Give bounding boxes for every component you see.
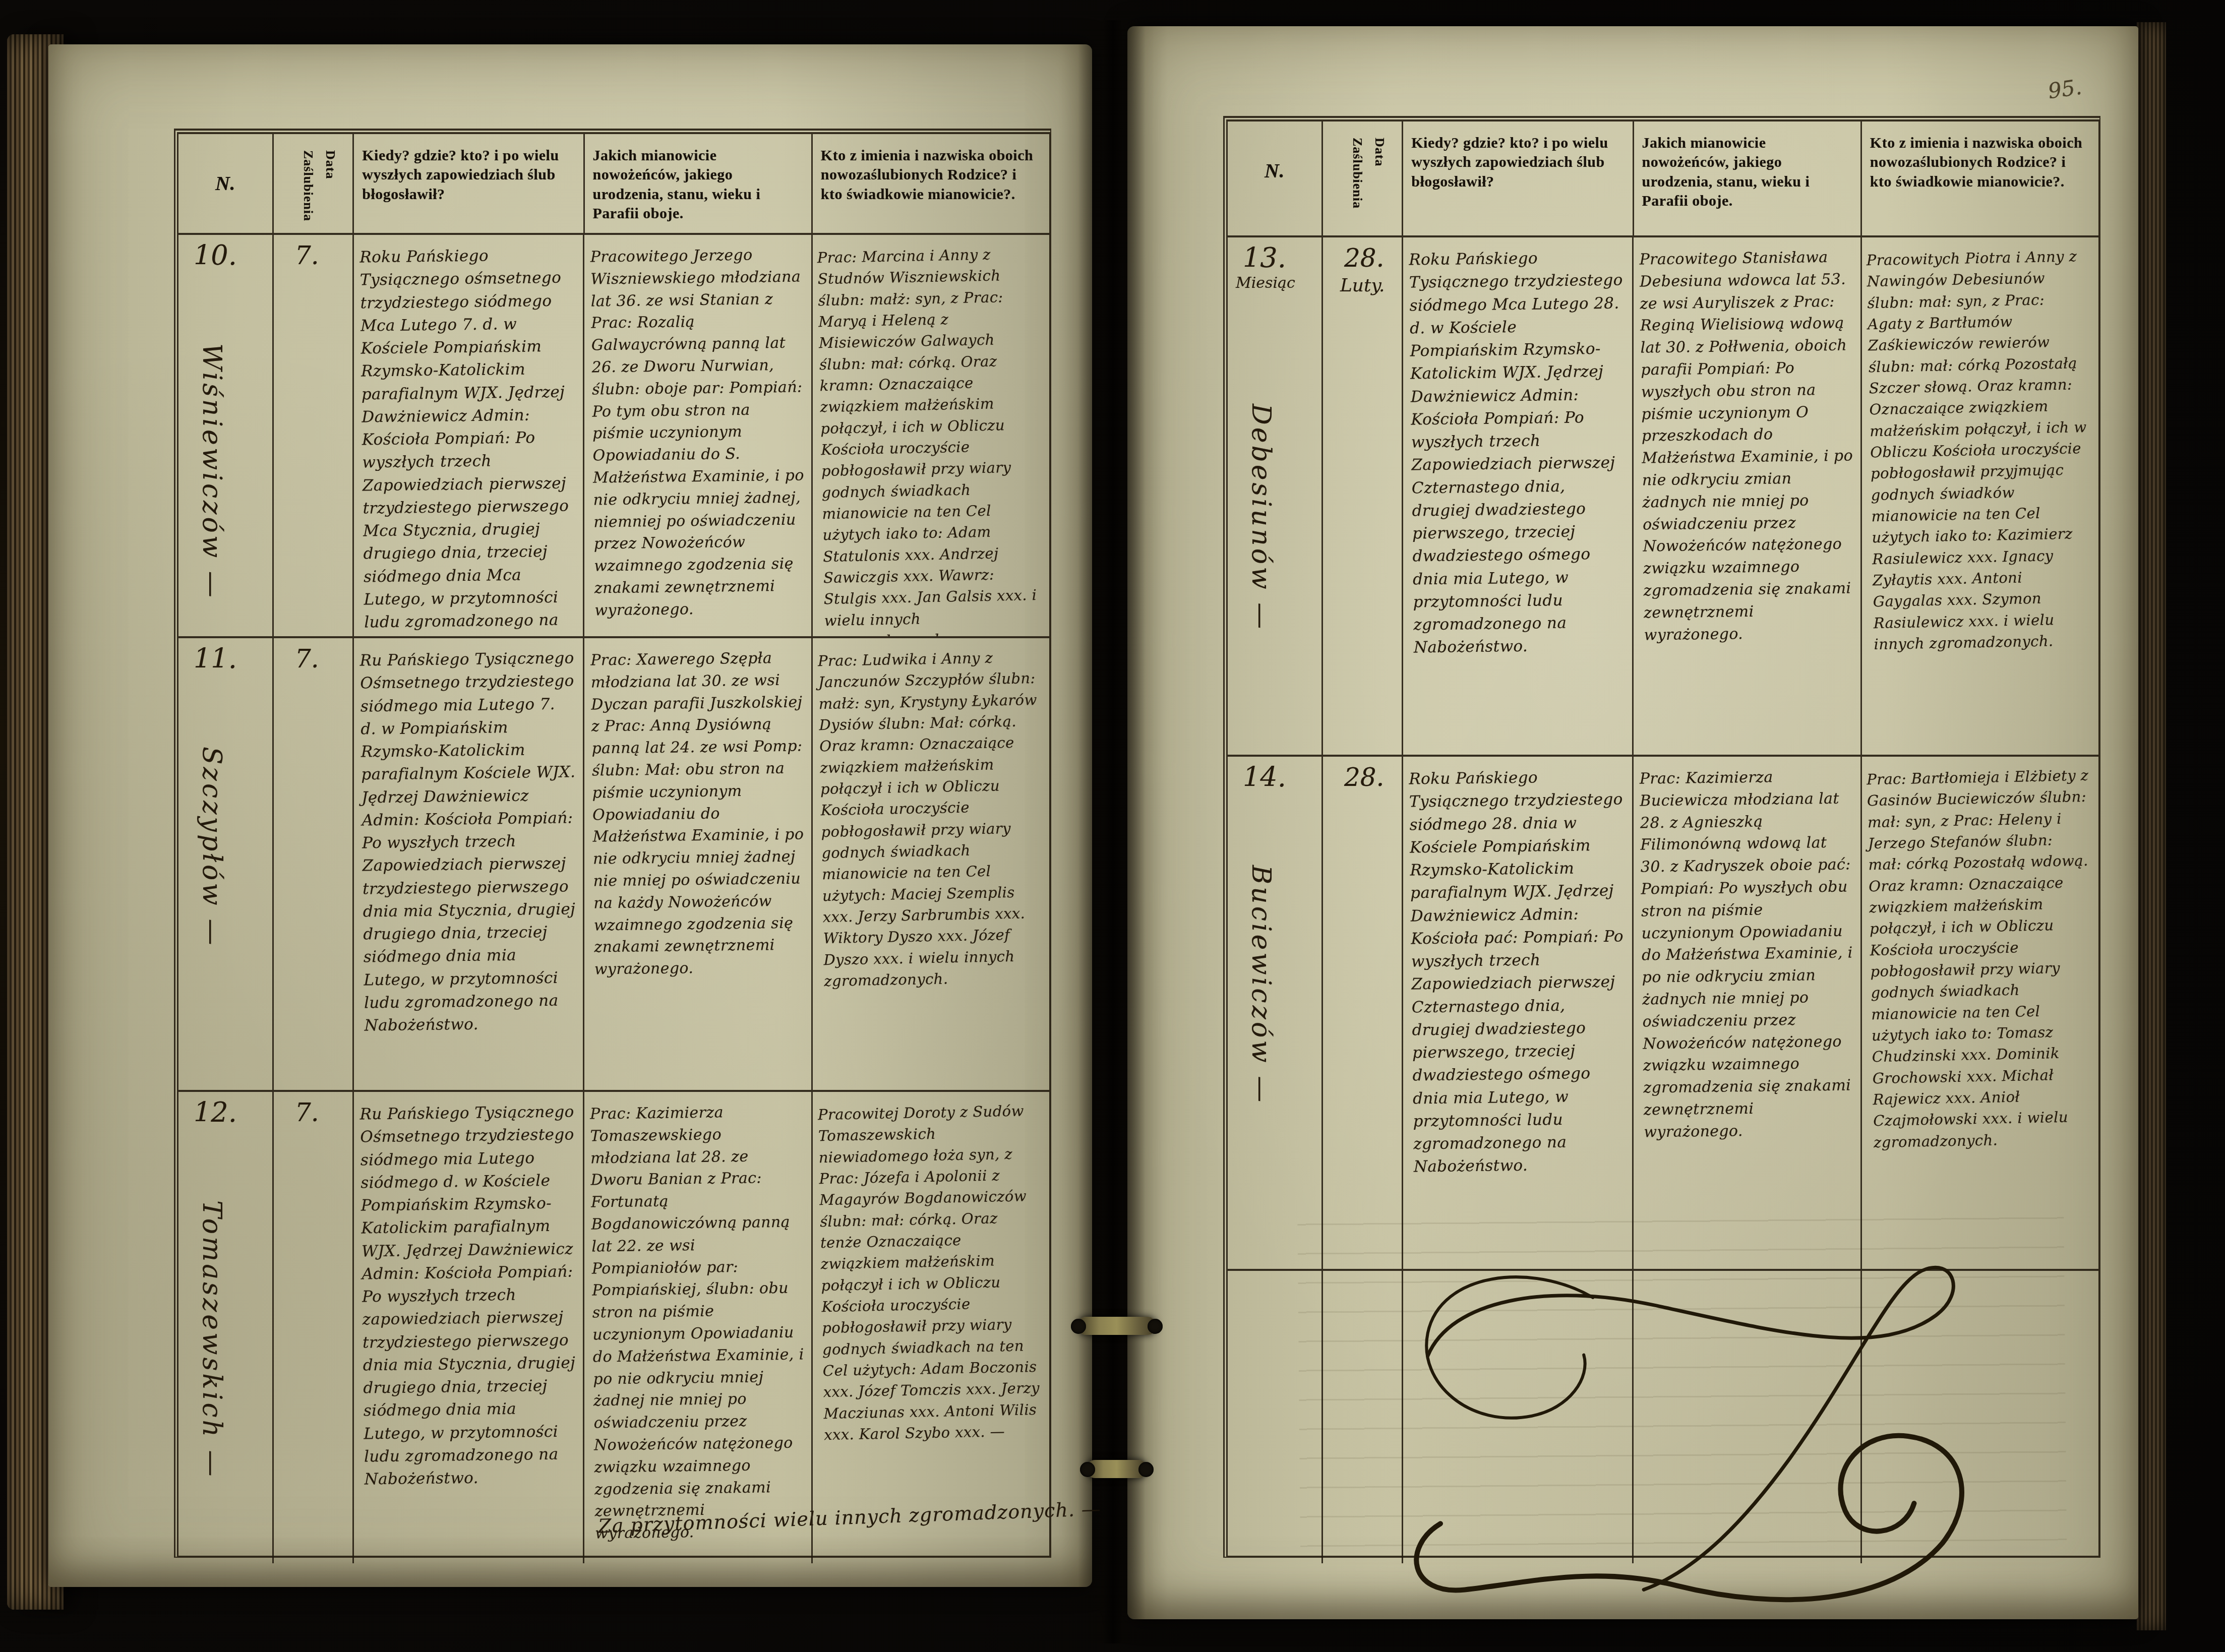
entry-kto-cell: Pracowitych Piotra i Anny z Nawingów Deb…	[1862, 237, 2098, 755]
entry-number: 13.	[1228, 237, 1321, 272]
entry-number-cell: 11. Szczypłów —	[178, 638, 274, 1090]
entry-margin-name: Szczypłów —	[199, 747, 225, 947]
entry-margin-name: Wiśniewiczów —	[199, 343, 225, 600]
header-cell-jakich: Jakich mianowicie nowożeńców, jakiego ur…	[585, 134, 813, 233]
entry-margin-name: Tomaszewskich —	[199, 1200, 225, 1479]
book-page-edges-right	[2137, 22, 2166, 1630]
entry-kiedy-cell: Roku Pańskiego Tysiącznego trzydziestego…	[1403, 757, 1634, 1269]
entry-number: 10.	[178, 235, 272, 269]
entry-number-sub: Miesiąc	[1228, 272, 1321, 291]
entry-date-cell: 28.	[1323, 757, 1403, 1269]
entry-number-cell: 10. Wiśniewiczów —	[178, 235, 274, 636]
entry-kto-cell: Prac: Bartłomieja i Elżbiety z Gasinów B…	[1862, 757, 2098, 1269]
binding-stitch	[1077, 1317, 1157, 1335]
entry-kto-cell: Prac: Ludwika i Anny z Janczunów Szczypł…	[813, 638, 1049, 1090]
right-header-row: N. Data Zaślubienia Kiedy? gdzie? kto? i…	[1228, 121, 2098, 237]
entry-date: 7.	[274, 235, 352, 268]
register-row: 12. Tomaszewskich — 7. Ru Pańskiego Tysi…	[178, 1092, 1049, 1563]
left-header-row: N. Data Zaślubienia Kiedy? gdzie? kto? i…	[178, 134, 1049, 235]
header-cell-jakich: Jakich mianowicie nowożeńców, jakiego ur…	[1634, 121, 1862, 235]
entry-number-cell: 13. Miesiąc Debesiunów —	[1228, 237, 1323, 755]
register-row: 11. Szczypłów — 7. Ru Pańskiego Tysiączn…	[178, 638, 1049, 1092]
entry-date-cell: 7.	[274, 1092, 354, 1563]
header-cell-kiedy: Kiedy? gdzie? kto? i po wielu wyszłych z…	[354, 134, 584, 233]
header-cell-kiedy: Kiedy? gdzie? kto? i po wielu wyszłych z…	[1403, 121, 1634, 235]
left-page: N. Data Zaślubienia Kiedy? gdzie? kto? i…	[48, 44, 1092, 1587]
entry-jakich-text: Prac: Kazimierza Buciewicza młodziana la…	[1634, 757, 1861, 1143]
header-data-vertical-label: Data Zaślubienia	[285, 150, 341, 233]
entry-kto-cell: Prac: Marcina i Anny z Studnów Wiszniews…	[813, 235, 1049, 636]
entry-kto-text: Prac: Marcina i Anny z Studnów Wiszniews…	[813, 235, 1049, 636]
entry-kiedy-text: Roku Pańskiego Tysiącznego ośmsetnego tr…	[354, 235, 584, 636]
entry-jakich-cell: Prac: Xawerego Szępła młodziana lat 30. …	[584, 638, 812, 1090]
entry-kiedy-text: Ru Pańskiego Tysiącznego Ośmsetnego trzy…	[354, 638, 584, 1037]
entry-number: 12.	[178, 1092, 272, 1126]
header-cell-n: N.	[1228, 121, 1323, 235]
page-number: 95.	[2047, 75, 2083, 104]
entry-date: 28.	[1323, 237, 1402, 271]
entry-kto-cell: Pracowitej Doroty z Sudów Tomaszewskich …	[813, 1092, 1049, 1563]
right-page: N. Data Zaślubienia Kiedy? gdzie? kto? i…	[1127, 26, 2138, 1619]
entry-date: 28.	[1323, 757, 1402, 790]
header-data-vertical-label: Data Zaślubienia	[1334, 138, 1391, 231]
entry-margin-name: Buciewiczów —	[1248, 865, 1274, 1105]
entry-date: 7.	[274, 1092, 352, 1125]
left-register-table: N. Data Zaślubienia Kiedy? gdzie? kto? i…	[174, 129, 1051, 1558]
entry-date-sub: Luty.	[1323, 271, 1402, 295]
entry-jakich-cell: Pracowitego Stanisława Debesiuna wdowca …	[1634, 237, 1861, 755]
entry-kiedy-text: Roku Pańskiego Tysiącznego trzydziestego…	[1403, 757, 1634, 1179]
entry-jakich-cell: Pracowitego Jerzego Wiszniewskiego młodz…	[584, 235, 812, 636]
entry-date-cell: 28. Luty.	[1323, 237, 1403, 755]
header-cell-kto: Kto z imienia i nazwiska oboich nowozaśl…	[1862, 121, 2098, 235]
binding-stitch	[1086, 1460, 1148, 1478]
entry-kto-text: Prac: Bartłomieja i Elżbiety z Gasinów B…	[1862, 757, 2098, 1153]
entry-number-cell: 14. Buciewiczów —	[1228, 757, 1323, 1269]
entry-kiedy-cell: Roku Pańskiego Tysiącznego ośmsetnego tr…	[354, 235, 584, 636]
entry-kiedy-text: Ru Pańskiego Tysiącznego Ośmsetnego trzy…	[354, 1092, 584, 1491]
entry-margin-name: Debesiunów —	[1248, 404, 1274, 631]
entry-kiedy-text: Roku Pańskiego Tysiącznego trzydziestego…	[1403, 237, 1634, 659]
entry-kto-text: Pracowitej Doroty z Sudów Tomaszewskich …	[813, 1092, 1049, 1446]
register-row: 10. Wiśniewiczów — 7. Roku Pańskiego Tys…	[178, 235, 1049, 638]
register-row: 14. Buciewiczów — 28. Roku Pańskiego Tys…	[1228, 757, 2098, 1271]
entry-date-cell: 7.	[274, 235, 354, 636]
entry-date-cell: 7.	[274, 638, 354, 1090]
entry-jakich-cell: Prac: Kazimierza Buciewicza młodziana la…	[1634, 757, 1861, 1269]
register-row: 13. Miesiąc Debesiunów — 28. Luty. Roku …	[1228, 237, 2098, 757]
entry-date: 7.	[274, 638, 352, 671]
entry-jakich-text: Pracowitego Stanisława Debesiuna wdowca …	[1634, 237, 1861, 646]
entry-kto-text: Pracowitych Piotra i Anny z Nawingów Deb…	[1862, 237, 2098, 655]
header-cell-data: Data Zaślubienia	[274, 134, 354, 233]
entry-kiedy-cell: Roku Pańskiego Tysiącznego trzydziestego…	[1403, 237, 1634, 755]
entry-jakich-text: Pracowitego Jerzego Wiszniewskiego młodz…	[584, 235, 812, 622]
book-spread: N. Data Zaślubienia Kiedy? gdzie? kto? i…	[0, 0, 2225, 1652]
entry-kiedy-cell: Ru Pańskiego Tysiącznego Ośmsetnego trzy…	[354, 1092, 584, 1563]
entry-kto-text: Prac: Ludwika i Anny z Janczunów Szczypł…	[813, 638, 1049, 992]
header-cell-data: Data Zaślubienia	[1323, 121, 1403, 235]
entry-jakich-text: Prac: Kazimierza Tomaszewskiego młodzian…	[584, 1092, 812, 1545]
entry-number: 11.	[178, 638, 272, 672]
calligraphic-flourish	[1379, 1238, 2015, 1636]
entry-number: 14.	[1228, 757, 1321, 791]
entry-kiedy-cell: Ru Pańskiego Tysiącznego Ośmsetnego trzy…	[354, 638, 584, 1090]
header-cell-n: N.	[178, 134, 274, 233]
header-cell-kto: Kto z imienia i nazwiska oboich nowozaśl…	[813, 134, 1049, 233]
entry-jakich-text: Prac: Xawerego Szępła młodziana lat 30. …	[584, 638, 812, 981]
entry-number-cell: 12. Tomaszewskich —	[178, 1092, 274, 1563]
entry-jakich-cell: Prac: Kazimierza Tomaszewskiego młodzian…	[584, 1092, 812, 1563]
